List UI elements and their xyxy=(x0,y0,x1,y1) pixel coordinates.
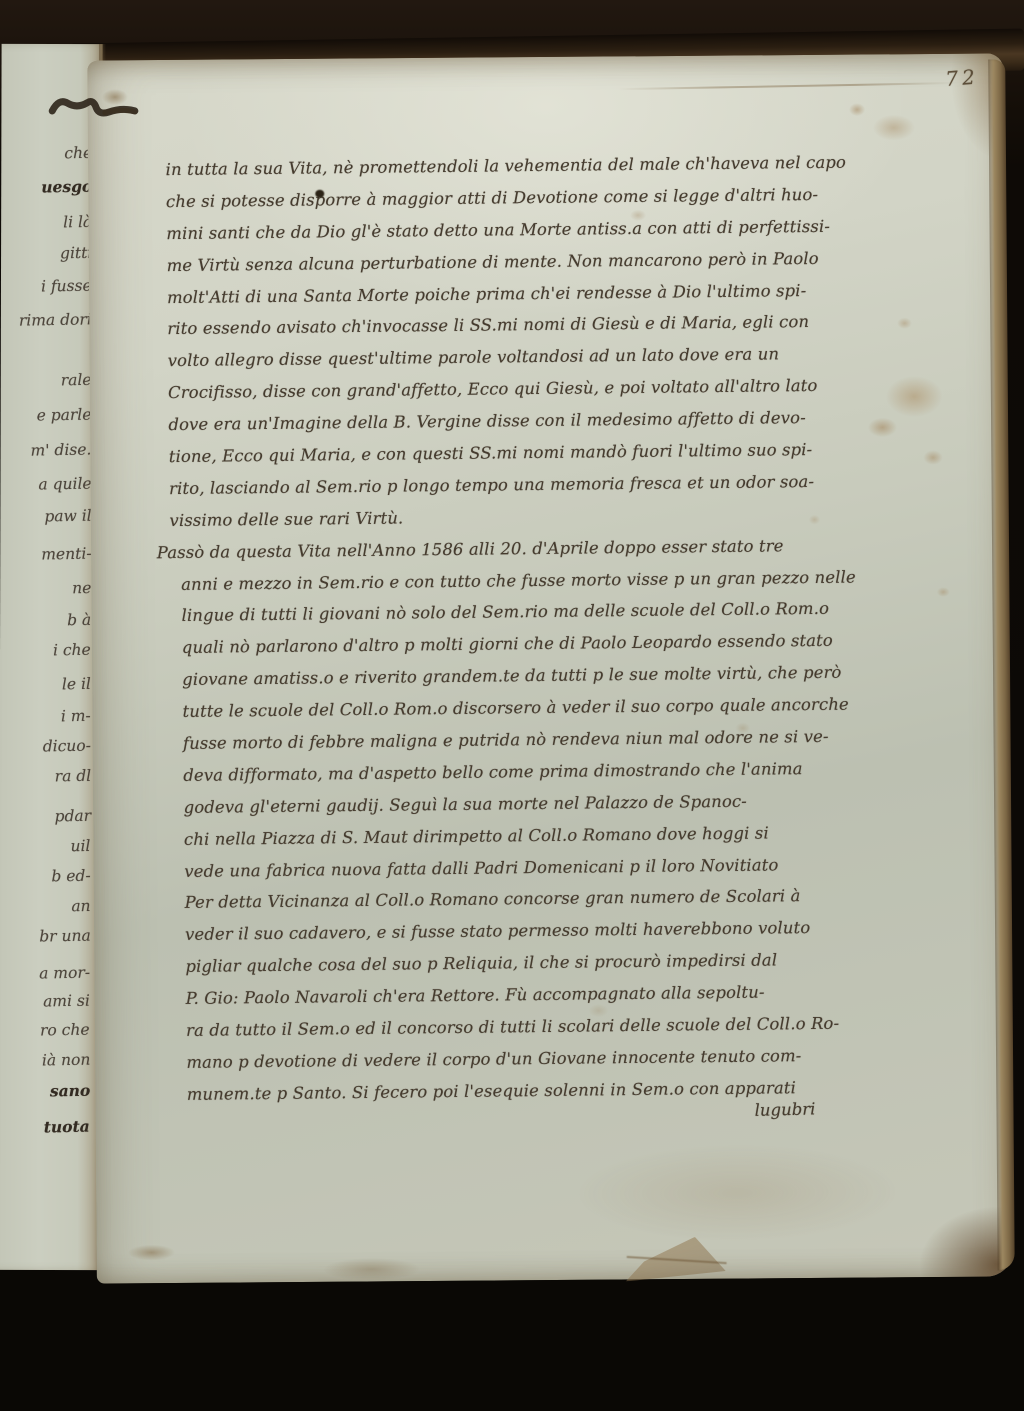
margin-fragment: paw il xyxy=(44,507,92,526)
margin-fragment: i m- xyxy=(61,707,91,726)
margin-fragment: ra dl xyxy=(54,767,91,786)
margin-fragment: uil xyxy=(70,837,90,855)
folio-number: 72 xyxy=(944,64,979,91)
manuscript-page: 72 in tutta la sua Vita, nè promettendol… xyxy=(87,53,1013,1283)
margin-fragment: e parle xyxy=(37,406,92,425)
margin-fragment: b ed- xyxy=(51,867,91,886)
catchword: lugubri xyxy=(635,1099,815,1123)
book-scan: { "document": { "kind": "handwritten man… xyxy=(0,0,1024,1411)
margin-fragment: le il xyxy=(62,675,91,694)
margin-fragment: rima dori xyxy=(19,310,92,329)
margin-fragment: rale xyxy=(61,371,92,390)
manuscript-text-block: in tutta la sua Vita, nè promettendoli l… xyxy=(152,146,874,1110)
page-fore-edge xyxy=(988,59,1015,1270)
margin-fragment: dicuo- xyxy=(42,737,90,756)
margin-fragment: b à xyxy=(67,611,91,629)
margin-fragment: uesgo xyxy=(41,177,92,197)
margin-fragment: gitti xyxy=(60,244,93,263)
margin-fragment: m' dise. xyxy=(31,440,92,459)
margin-fragment: an xyxy=(71,897,91,915)
margin-fragment: a quile xyxy=(38,475,91,494)
margin-fragment: tuota xyxy=(44,1117,90,1137)
ink-dot xyxy=(315,190,324,198)
top-crease xyxy=(619,82,958,90)
previous-page-edge: cheuesgoli làgittii fusserima doriralee … xyxy=(0,44,103,1270)
margin-fragment: a mor- xyxy=(39,964,90,983)
margin-fragment: sano xyxy=(49,1081,90,1101)
margin-fragment: i che xyxy=(53,641,91,660)
margin-fragment: ne xyxy=(72,579,91,597)
margin-fragment: ro che xyxy=(40,1021,90,1040)
margin-fragment: br una xyxy=(39,927,91,946)
margin-fragment: pdar xyxy=(54,807,91,826)
margin-fragment: ià non xyxy=(41,1051,90,1070)
margin-fragment: i fusse xyxy=(41,277,92,296)
margin-fragment: menti- xyxy=(41,545,92,564)
margin-fragment: ami si xyxy=(43,992,90,1011)
